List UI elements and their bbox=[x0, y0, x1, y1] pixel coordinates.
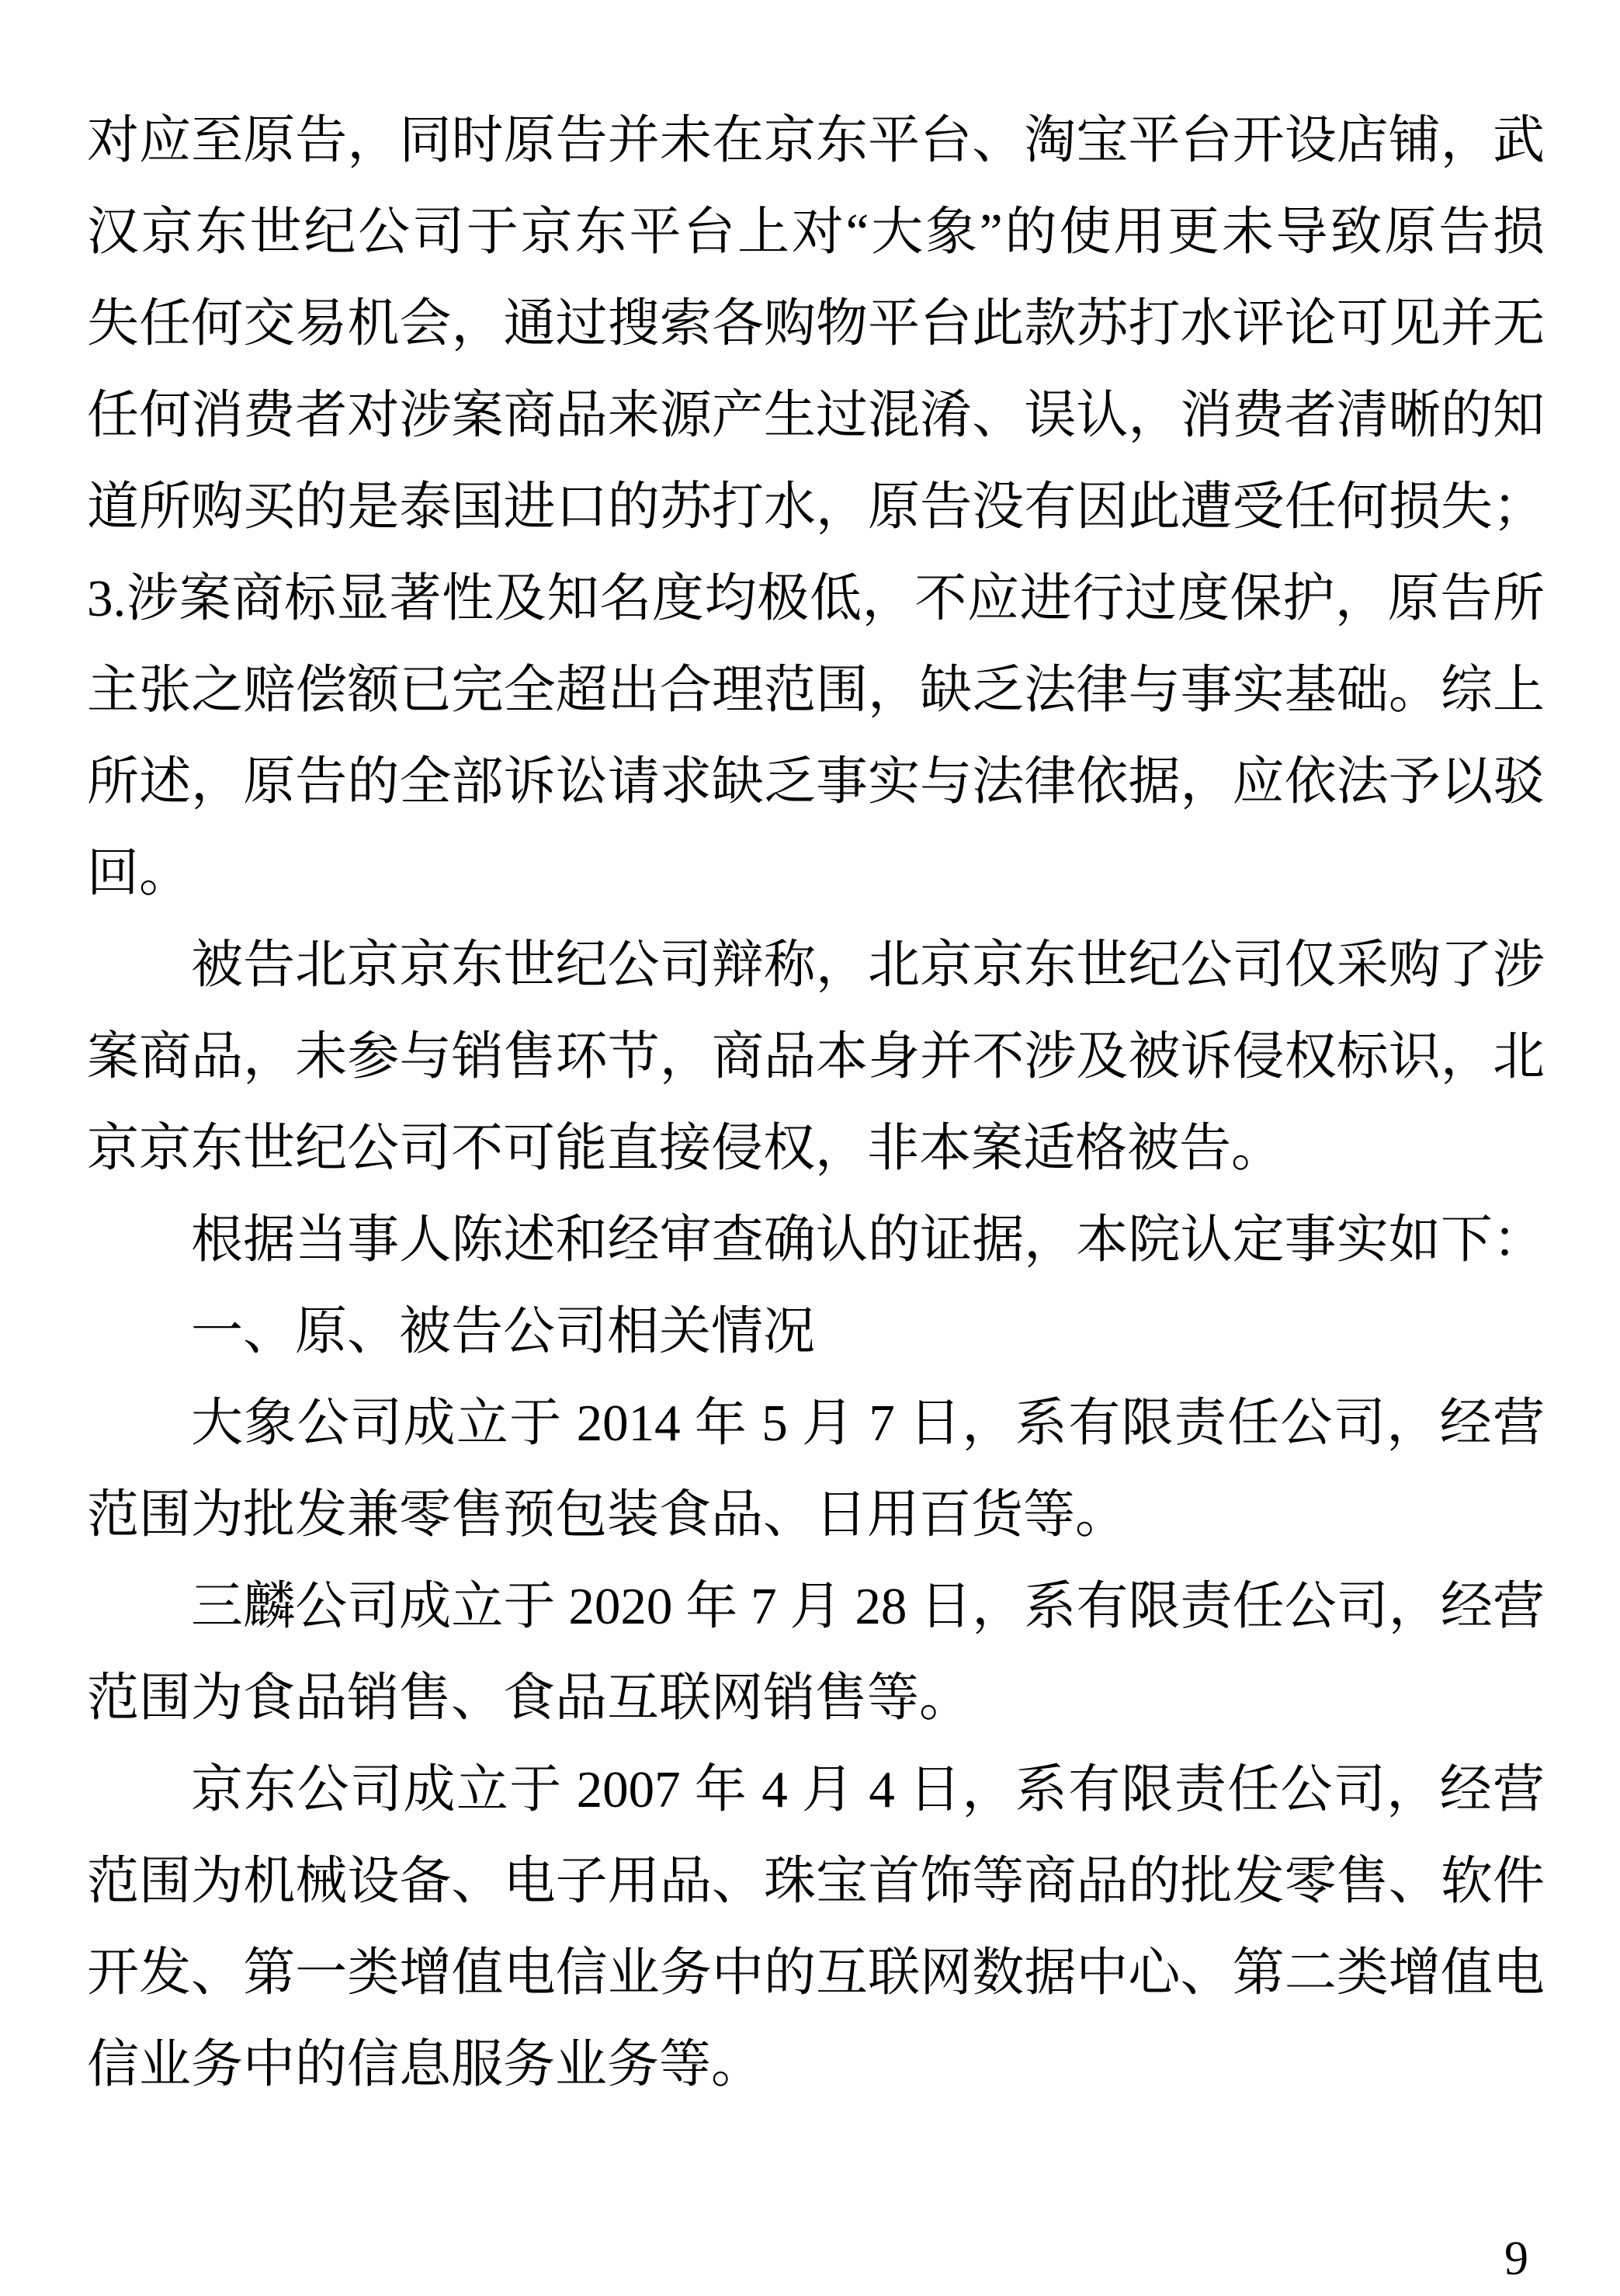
text-line: 开发、第一类增值电信业务中的互联网数据中心、第二类增值电 bbox=[87, 1927, 1545, 2019]
text-line: 主张之赔偿额已完全超出合理范围，缺乏法律与事实基础。综上 bbox=[87, 644, 1545, 736]
text-line: 失任何交易机会，通过搜索各购物平台此款苏打水评论可见并无 bbox=[87, 278, 1545, 370]
text-line: 3.涉案商标显著性及知名度均极低，不应进行过度保护，原告所 bbox=[87, 553, 1545, 644]
text-line: 任何消费者对涉案商品来源产生过混淆、误认，消费者清晰的知 bbox=[87, 370, 1545, 461]
text-line: 范围为食品销售、食品互联网销售等。 bbox=[87, 1652, 1545, 1744]
text-line: 道所购买的是泰国进口的苏打水，原告没有因此遭受任何损失； bbox=[87, 461, 1545, 553]
text-line: 汉京东世纪公司于京东平台上对“大象”的使用更未导致原告损 bbox=[87, 186, 1545, 278]
text-line: 范围为机械设备、电子用品、珠宝首饰等商品的批发零售、软件 bbox=[87, 1836, 1545, 1927]
judgment-page: 对应至原告，同时原告并未在京东平台、淘宝平台开设店铺，武 汉京东世纪公司于京东平… bbox=[0, 0, 1620, 2296]
text-line: 京东公司成立于 2007 年 4 月 4 日，系有限责任公司，经营 bbox=[87, 1744, 1545, 1836]
text-line: 案商品，未参与销售环节，商品本身并不涉及被诉侵权标识，北 bbox=[87, 1011, 1545, 1103]
judgment-body: 对应至原告，同时原告并未在京东平台、淘宝平台开设店铺，武 汉京东世纪公司于京东平… bbox=[87, 95, 1545, 2110]
text-line: 信业务中的信息服务业务等。 bbox=[87, 2019, 1545, 2110]
text-line: 回。 bbox=[87, 828, 1545, 919]
text-line: 一、原、被告公司相关情况 bbox=[87, 1286, 1545, 1377]
page-number: 9 bbox=[1504, 2235, 1528, 2283]
text-line: 大象公司成立于 2014 年 5 月 7 日，系有限责任公司，经营 bbox=[87, 1377, 1545, 1469]
text-line: 三麟公司成立于 2020 年 7 月 28 日，系有限责任公司，经营 bbox=[87, 1561, 1545, 1652]
text-line: 所述，原告的全部诉讼请求缺乏事实与法律依据，应依法予以驳 bbox=[87, 736, 1545, 828]
text-line: 范围为批发兼零售预包装食品、日用百货等。 bbox=[87, 1469, 1545, 1561]
text-line: 被告北京京东世纪公司辩称，北京京东世纪公司仅采购了涉 bbox=[87, 919, 1545, 1011]
text-line: 对应至原告，同时原告并未在京东平台、淘宝平台开设店铺，武 bbox=[87, 95, 1545, 186]
text-line: 根据当事人陈述和经审查确认的证据，本院认定事实如下： bbox=[87, 1194, 1545, 1286]
text-line: 京京东世纪公司不可能直接侵权，非本案适格被告。 bbox=[87, 1103, 1545, 1194]
